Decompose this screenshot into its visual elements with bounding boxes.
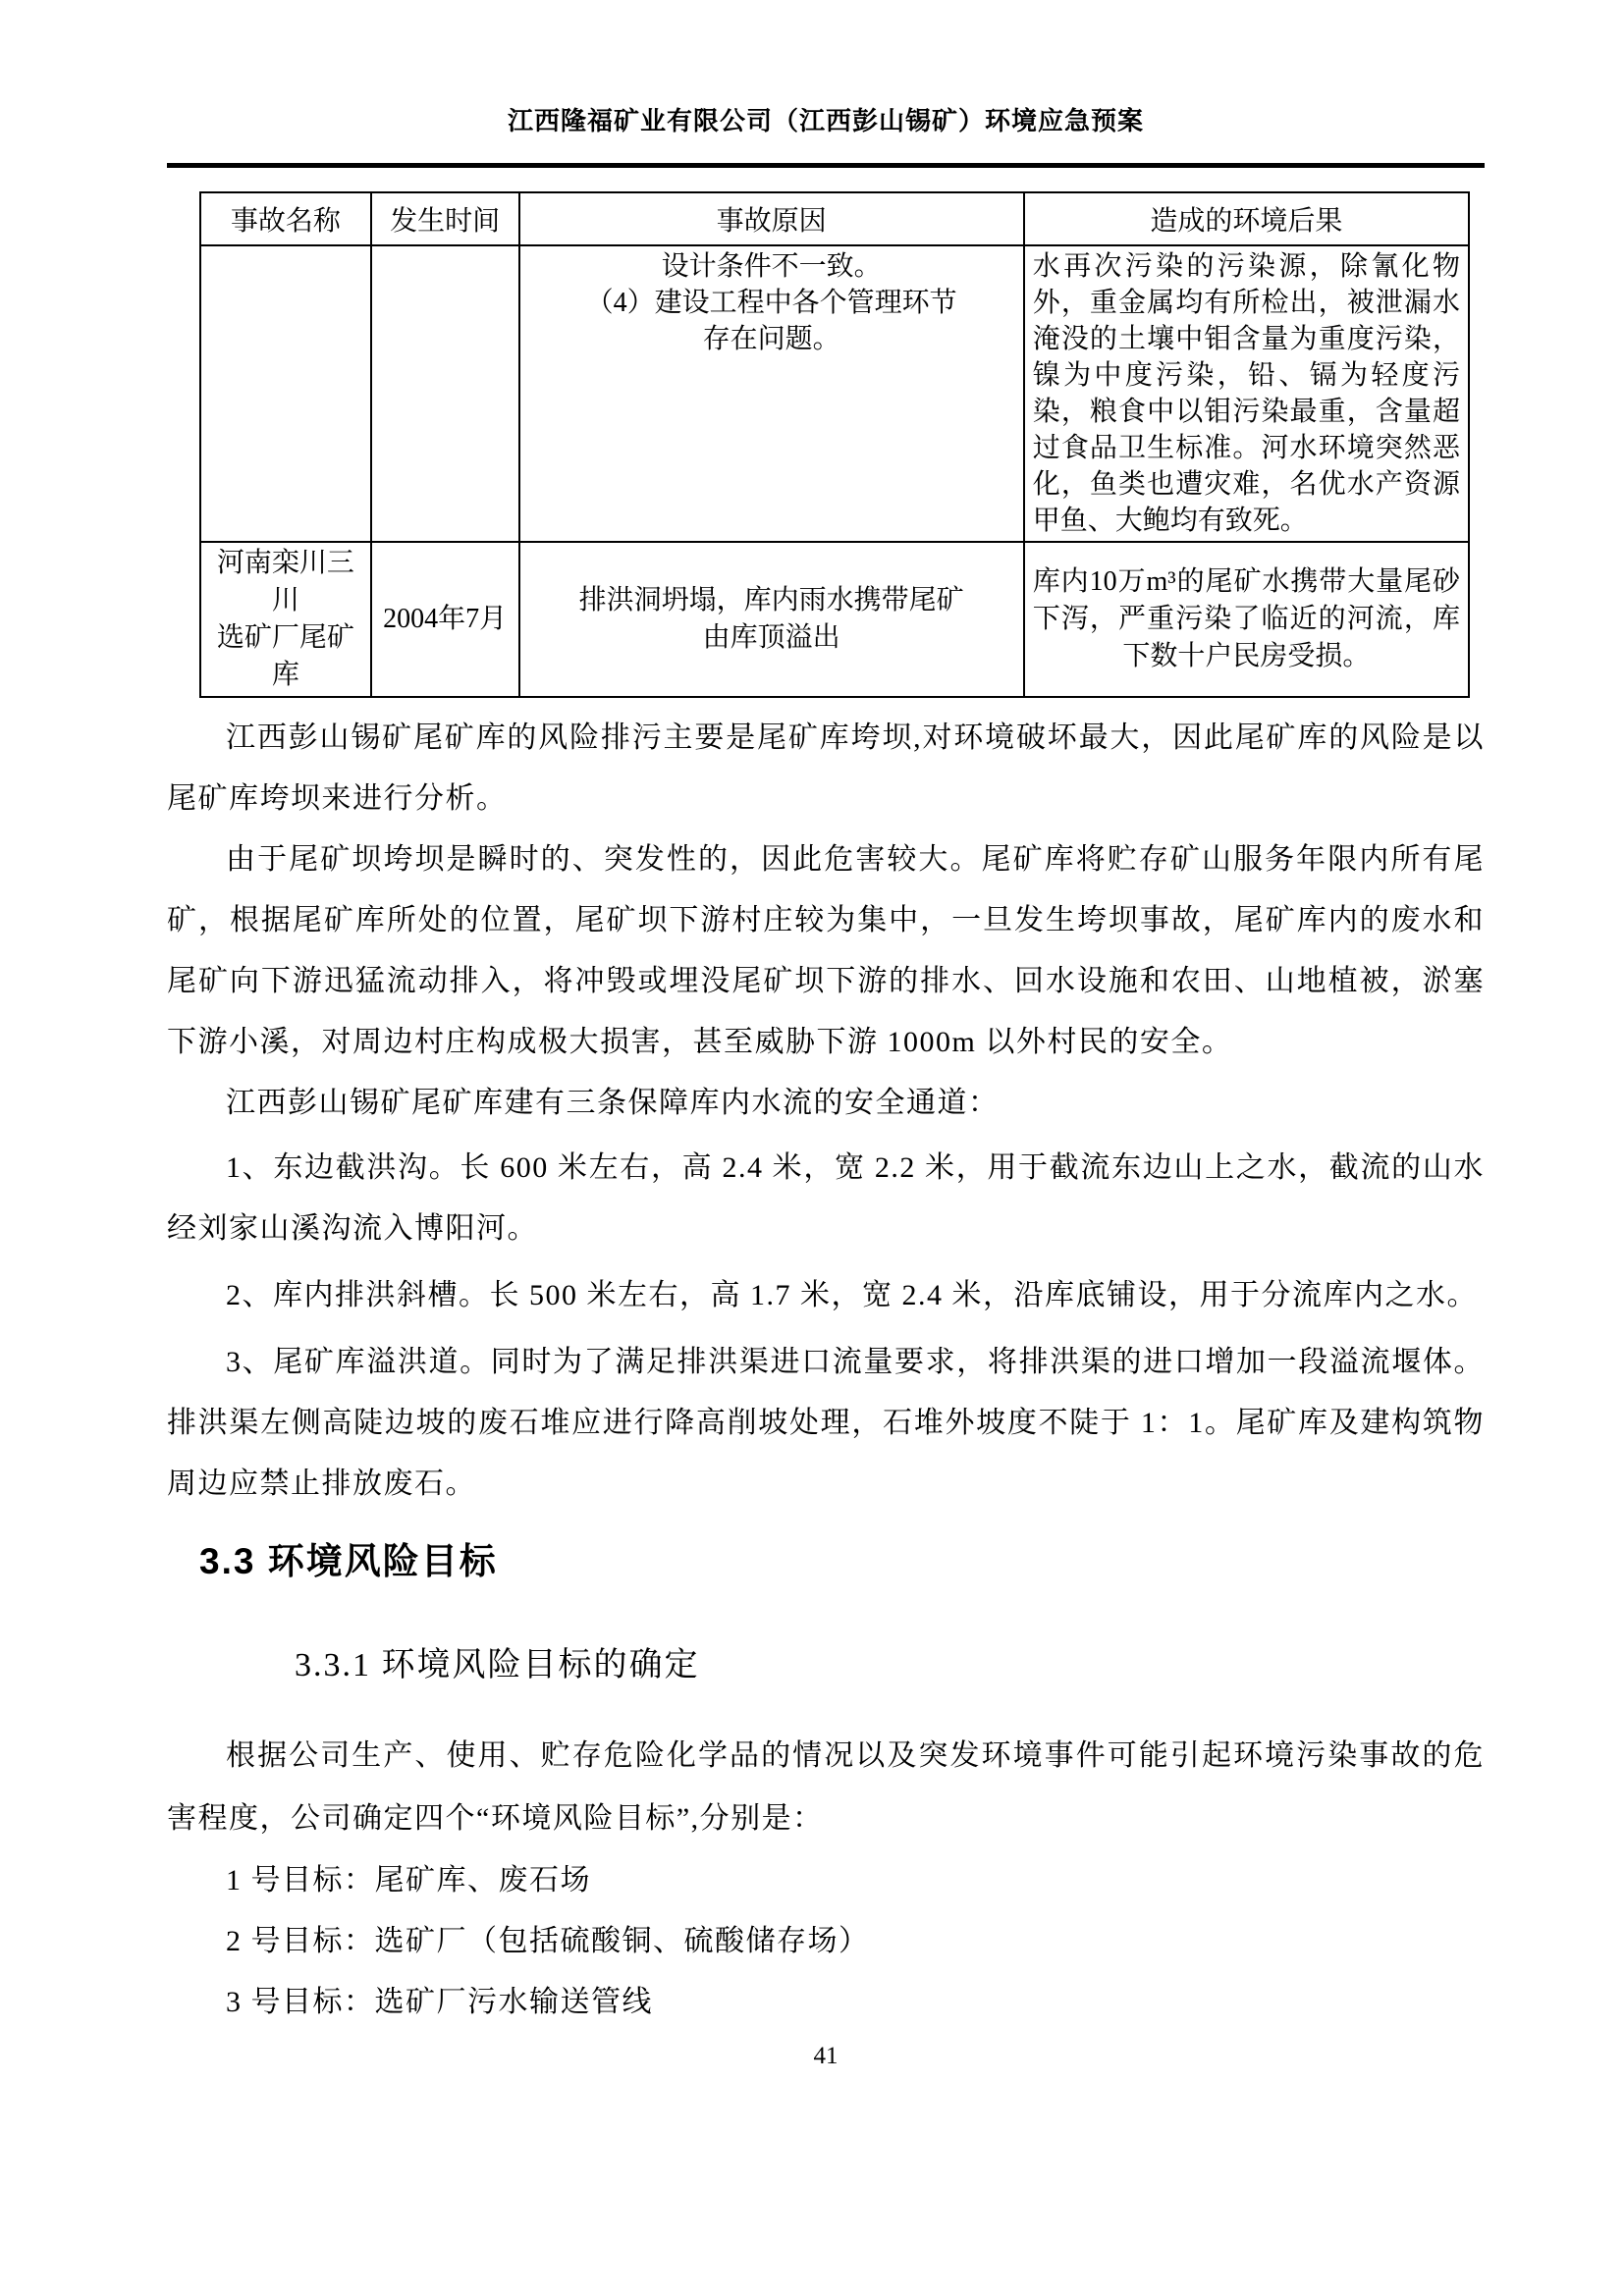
cell-accident-name xyxy=(200,245,371,542)
target-item-2: 2 号目标：选矿厂（包括硫酸铜、硫酸储存场） xyxy=(167,1911,1485,1972)
page-number: 41 xyxy=(167,2041,1485,2072)
cell-occurrence-time: 2004年7月 xyxy=(371,542,519,697)
column-header-occurrence-time: 发生时间 xyxy=(371,192,519,245)
target-item-1: 1 号目标：尾矿库、废石场 xyxy=(167,1850,1485,1911)
cause-line: 排洪洞坍塌，库内雨水携带尾矿 xyxy=(528,582,1015,619)
column-header-accident-cause: 事故原因 xyxy=(519,192,1024,245)
paragraph-channel-3: 3、尾矿库溢洪道。同时为了满足排洪渠进口流量要求，将排洪渠的进口增加一段溢流堰体… xyxy=(167,1332,1485,1515)
cell-accident-cause: 排洪洞坍塌，库内雨水携带尾矿 由库顶溢出 xyxy=(519,542,1024,697)
column-header-accident-name: 事故名称 xyxy=(200,192,371,245)
accident-name-line: 河南栾川三川 xyxy=(209,545,362,619)
accident-name-line: 选矿厂尾矿库 xyxy=(209,619,362,694)
cell-accident-name: 河南栾川三川 选矿厂尾矿库 xyxy=(200,542,371,697)
table-row: 河南栾川三川 选矿厂尾矿库 2004年7月 排洪洞坍塌，库内雨水携带尾矿 由库顶… xyxy=(200,542,1469,697)
header-divider-rule xyxy=(167,163,1485,168)
paragraph-safety-channels-intro: 江西彭山锡矿尾矿库建有三条保障库内水流的安全通道： xyxy=(167,1073,1485,1134)
paragraph-targets-intro: 根据公司生产、使用、贮存危险化学品的情况以及突发环境事件可能引起环境污染事故的危… xyxy=(167,1725,1485,1850)
cell-environmental-consequence: 水再次污染的污染源，除氰化物外，重金属均有所检出，被泄漏水淹没的土壤中钼含量为重… xyxy=(1024,245,1469,542)
cell-accident-cause: 设计条件不一致。 （4）建设工程中各个管理环节 存在问题。 xyxy=(519,245,1024,542)
subsection-heading-target-determination: 3.3.1 环境风险目标的确定 xyxy=(295,1644,1485,1687)
cause-line: 设计条件不一致。 xyxy=(528,248,1015,285)
cell-occurrence-time xyxy=(371,245,519,542)
paragraph-risk-analysis: 江西彭山锡矿尾矿库的风险排污主要是尾矿库垮坝,对环境破坏最大，因此尾矿库的风险是… xyxy=(167,708,1485,829)
paragraph-channel-1: 1、东边截洪沟。长 600 米左右，高 2.4 米，宽 2.2 米，用于截流东边… xyxy=(167,1138,1485,1259)
paragraph-channel-2: 2、库内排洪斜槽。长 500 米左右，高 1.7 米，宽 2.4 米，沿库底铺设… xyxy=(167,1265,1485,1326)
table-row: 设计条件不一致。 （4）建设工程中各个管理环节 存在问题。 水再次污染的污染源，… xyxy=(200,245,1469,542)
section-heading-environment-risk-targets: 3.3 环境风险目标 xyxy=(199,1538,1485,1585)
accident-history-table: 事故名称 发生时间 事故原因 造成的环境后果 设计条件不一致。 （4）建设工程中… xyxy=(199,191,1470,698)
page-content: 江西隆福矿业有限公司（江西彭山锡矿）环境应急预案 事故名称 发生时间 事故原因 … xyxy=(0,0,1624,2072)
target-item-3: 3 号目标：选矿厂污水输送管线 xyxy=(167,1972,1485,2033)
cause-line: （4）建设工程中各个管理环节 xyxy=(528,285,1015,321)
paragraph-dam-failure-hazard: 由于尾矿坝垮坝是瞬时的、突发性的，因此危害较大。尾矿库将贮存矿山服务年限内所有尾… xyxy=(167,829,1485,1073)
document-header-title: 江西隆福矿业有限公司（江西彭山锡矿）环境应急预案 xyxy=(167,102,1485,141)
table-header-row: 事故名称 发生时间 事故原因 造成的环境后果 xyxy=(200,192,1469,245)
cause-line: 由库顶溢出 xyxy=(528,619,1015,657)
document-page: 江西隆福矿业有限公司（江西彭山锡矿）环境应急预案 事故名称 发生时间 事故原因 … xyxy=(0,0,1624,2296)
cause-line: 存在问题。 xyxy=(528,321,1015,357)
cell-environmental-consequence: 库内10万m³的尾矿水携带大量尾砂下泻，严重污染了临近的河流，库下数十户民房受损… xyxy=(1024,542,1469,697)
column-header-environmental-consequence: 造成的环境后果 xyxy=(1024,192,1469,245)
